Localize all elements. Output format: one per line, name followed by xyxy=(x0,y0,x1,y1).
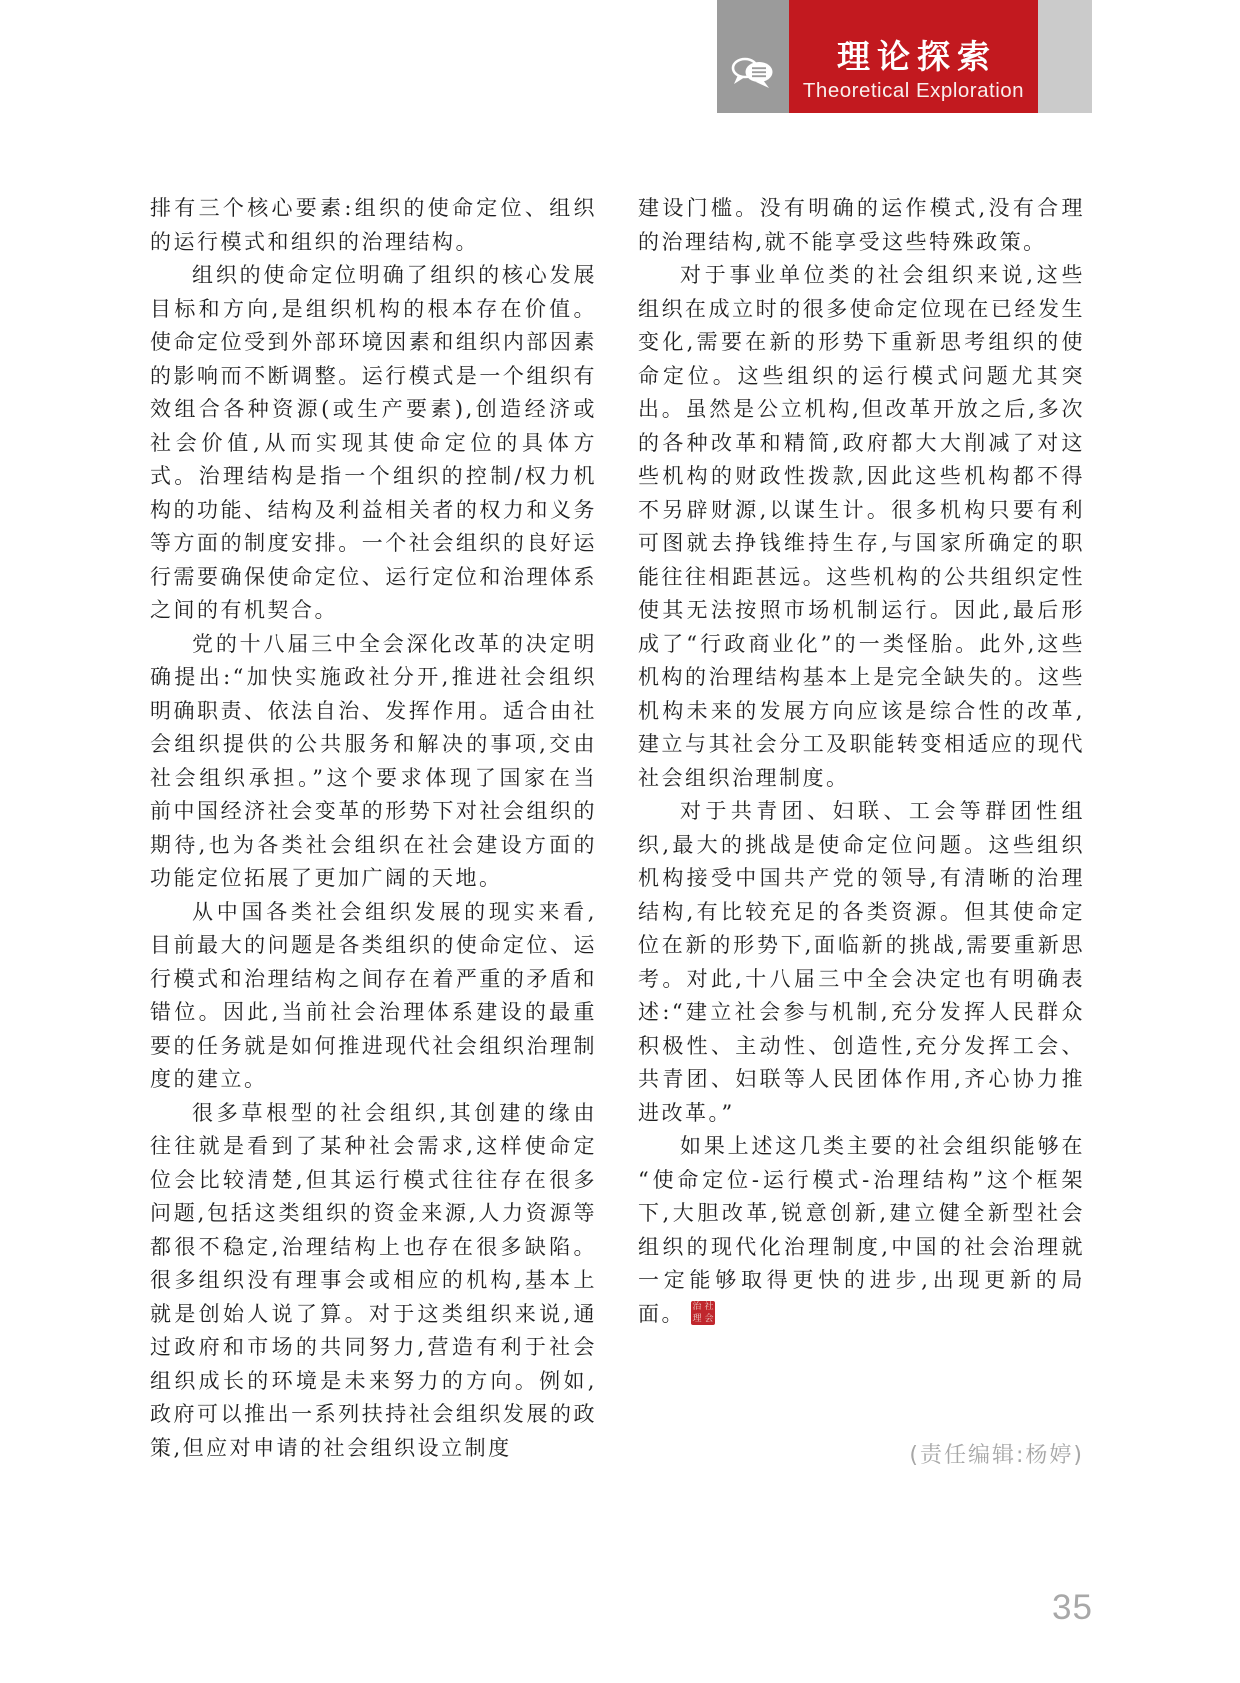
end-of-article-seal: 治社理会 xyxy=(691,1301,715,1325)
left-column: 排有三个核心要素:组织的使命定位、组织的运行模式和组织的治理结构。 组织的使命定… xyxy=(150,192,597,1465)
chat-bubbles-icon xyxy=(730,55,776,95)
paragraph-text: 对于事业单位类的社会组织来说,这些组织在成立时的很多使命定位现在已经发生变化,需… xyxy=(638,263,1085,790)
paragraph: 组织的使命定位明确了组织的核心发展目标和方向,是组织机构的根本存在价值。使命定位… xyxy=(150,259,597,628)
section-title-chinese: 理论探索 xyxy=(830,37,997,77)
section-title-box: 理论探索 Theoretical Exploration xyxy=(789,0,1038,113)
paragraph-text: 排有三个核心要素:组织的使命定位、组织的运行模式和组织的治理结构。 xyxy=(150,196,597,254)
paragraph: 很多草根型的社会组织,其创建的缘由往往就是看到了某种社会需求,这样使命定位会比较… xyxy=(150,1097,597,1466)
paragraph-text: 如果上述这几类主要的社会组织能够在“使命定位-运行模式-治理结构”这个框架下,大… xyxy=(638,1134,1085,1326)
paragraph-text: 从中国各类社会组织发展的现实来看,目前最大的问题是各类组织的使命定位、运行模式和… xyxy=(150,900,597,1092)
right-column: 建设门槛。没有明确的运作模式,没有合理的治理结构,就不能享受这些特殊政策。 对于… xyxy=(638,192,1085,1331)
paragraph-text: 党的十八届三中全会深化改革的决定明确提出:“加快实施政社分开,推进社会组织明确职… xyxy=(150,632,597,891)
section-title-english: Theoretical Exploration xyxy=(803,77,1024,105)
page-header: 理论探索 Theoretical Exploration xyxy=(717,0,1092,113)
paragraph: 对于事业单位类的社会组织来说,这些组织在成立时的很多使命定位现在已经发生变化,需… xyxy=(638,259,1085,795)
header-gray-strip xyxy=(1038,0,1092,113)
paragraph: 排有三个核心要素:组织的使命定位、组织的运行模式和组织的治理结构。 xyxy=(150,192,597,259)
paragraph: 党的十八届三中全会深化改革的决定明确提出:“加快实施政社分开,推进社会组织明确职… xyxy=(150,628,597,896)
editor-note: (责任编辑:杨婷) xyxy=(909,1438,1084,1469)
header-icon-box xyxy=(717,0,789,113)
paragraph-text: 对于共青团、妇联、工会等群团性组织,最大的挑战是使命定位问题。这些组织机构接受中… xyxy=(638,799,1085,1125)
paragraph: 从中国各类社会组织发展的现实来看,目前最大的问题是各类组织的使命定位、运行模式和… xyxy=(150,896,597,1097)
journal-page: 理论探索 Theoretical Exploration 排有三个核心要素:组织… xyxy=(0,0,1240,1683)
paragraph: 如果上述这几类主要的社会组织能够在“使命定位-运行模式-治理结构”这个框架下,大… xyxy=(638,1130,1085,1331)
paragraph-text: 很多草根型的社会组织,其创建的缘由往往就是看到了某种社会需求,这样使命定位会比较… xyxy=(150,1101,597,1460)
paragraph: 对于共青团、妇联、工会等群团性组织,最大的挑战是使命定位问题。这些组织机构接受中… xyxy=(638,795,1085,1130)
paragraph: 建设门槛。没有明确的运作模式,没有合理的治理结构,就不能享受这些特殊政策。 xyxy=(638,192,1085,259)
paragraph-text: 组织的使命定位明确了组织的核心发展目标和方向,是组织机构的根本存在价值。使命定位… xyxy=(150,263,597,622)
paragraph-text: 建设门槛。没有明确的运作模式,没有合理的治理结构,就不能享受这些特殊政策。 xyxy=(638,196,1085,254)
page-number: 35 xyxy=(1052,1588,1092,1628)
